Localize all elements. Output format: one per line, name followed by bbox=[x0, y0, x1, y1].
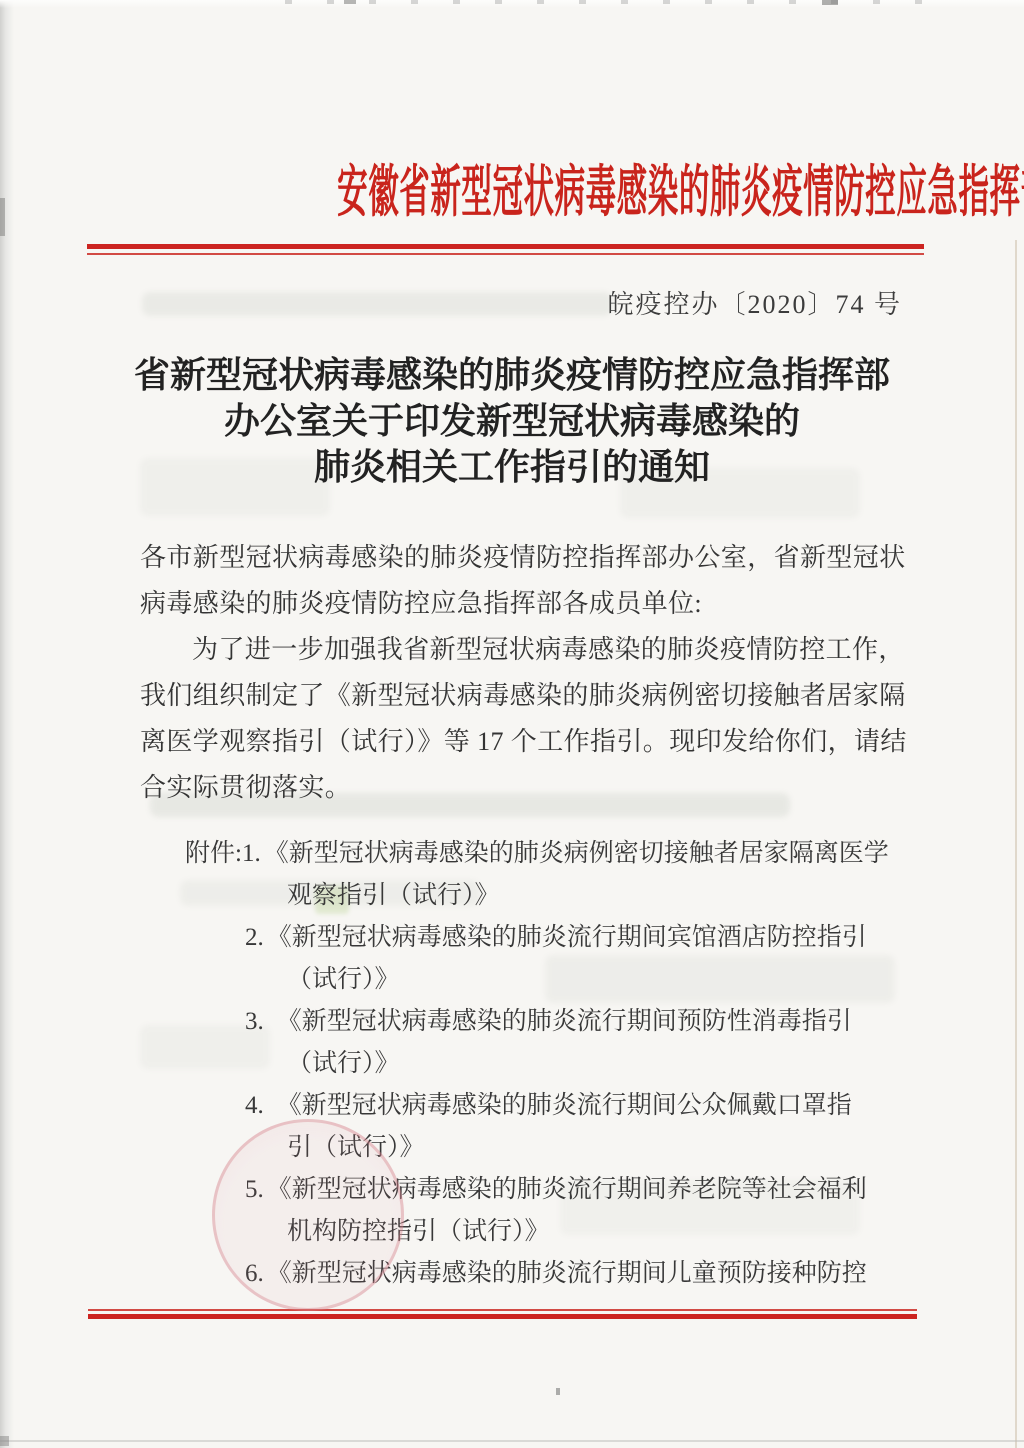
body-line: 为了进一步加强我省新型冠状病毒感染的肺炎疫情防控工作， bbox=[140, 627, 920, 673]
scanned-document-page: 安徽省新型冠状病毒感染的肺炎疫情防控应急指挥部办公室 皖疫控办〔2020〕74 … bbox=[0, 0, 1024, 1448]
title-line: 省新型冠状病毒感染的肺炎疫情防控应急指挥部 bbox=[0, 352, 1024, 398]
letterhead-rule bbox=[87, 244, 924, 255]
attachment-item: 2.《新型冠状病毒感染的肺炎流行期间宾馆酒店防控指引 bbox=[0, 917, 1024, 959]
attachment-continuation: 观察指引（试行）》 bbox=[0, 875, 1024, 917]
rule-thick-line bbox=[87, 244, 924, 249]
body-line: 合实际贯彻落实。 bbox=[140, 765, 920, 811]
footer-rule bbox=[88, 1309, 917, 1319]
paper-bottom-edge bbox=[0, 1440, 1024, 1442]
attachment-continuation: （试行）》 bbox=[0, 1043, 1024, 1085]
attachment-text: 《新型冠状病毒感染的肺炎流行期间宾馆酒店防控指引 bbox=[267, 924, 867, 951]
scan-speck bbox=[556, 1388, 560, 1395]
body-line: 离医学观察指引（试行）》等 17 个工作指引。现印发给你们，请结 bbox=[140, 719, 920, 765]
attachment-continuation: （试行）》 bbox=[0, 959, 1024, 1001]
attachments-label: 附件: bbox=[185, 840, 242, 867]
attachment-item: 附件:1.《新型冠状病毒感染的肺炎病例密切接触者居家隔离医学 bbox=[0, 833, 1024, 875]
document-title: 省新型冠状病毒感染的肺炎疫情防控应急指挥部 办公室关于印发新型冠状病毒感染的 肺… bbox=[0, 352, 1024, 490]
attachment-text: 《新型冠状病毒感染的肺炎流行期间公众佩戴口罩指 bbox=[277, 1092, 852, 1119]
scan-speck bbox=[344, 0, 356, 4]
attachment-number: 1. bbox=[242, 840, 261, 867]
scan-speck bbox=[0, 1436, 9, 1446]
document-body: 各市新型冠状病毒感染的肺炎疫情防控指挥部办公室，省新型冠状 病毒感染的肺炎疫情防… bbox=[140, 535, 920, 811]
rule-thick-line bbox=[88, 1314, 917, 1319]
attachment-continuation: 引（试行）》 bbox=[0, 1127, 1024, 1169]
attachment-continuation: 机构防控指引（试行）》 bbox=[0, 1211, 1024, 1253]
document-number: 皖疫控办〔2020〕74 号 bbox=[140, 288, 902, 322]
body-line: 我们组织制定了《新型冠状病毒感染的肺炎病例密切接触者居家隔 bbox=[140, 673, 920, 719]
rule-thin-line bbox=[87, 253, 924, 255]
attachment-item: 5.《新型冠状病毒感染的肺炎流行期间养老院等社会福利 bbox=[0, 1169, 1024, 1211]
recipients-line: 各市新型冠状病毒感染的肺炎疫情防控指挥部办公室，省新型冠状 bbox=[140, 535, 920, 581]
attachment-item: 4.《新型冠状病毒感染的肺炎流行期间公众佩戴口罩指 bbox=[0, 1085, 1024, 1127]
official-stamp-ghost bbox=[212, 1119, 404, 1311]
letterhead: 安徽省新型冠状病毒感染的肺炎疫情防控应急指挥部办公室 bbox=[0, 158, 1024, 228]
attachment-text: 《新型冠状病毒感染的肺炎流行期间预防性消毒指引 bbox=[277, 1008, 852, 1035]
recipients-line: 病毒感染的肺炎疫情防控应急指挥部各成员单位: bbox=[140, 581, 920, 627]
title-line: 肺炎相关工作指引的通知 bbox=[0, 444, 1024, 490]
attachment-text: 《新型冠状病毒感染的肺炎病例密切接触者居家隔离医学 bbox=[264, 840, 889, 867]
attachment-number: 3. bbox=[245, 1008, 264, 1035]
attachment-number: 2. bbox=[245, 924, 264, 951]
rule-thin-line bbox=[88, 1309, 917, 1311]
attachment-number: 4. bbox=[245, 1092, 264, 1119]
attachment-item: 6.《新型冠状病毒感染的肺炎流行期间儿童预防接种防控 bbox=[0, 1253, 1024, 1295]
scan-speck bbox=[822, 0, 838, 5]
attachment-item: 3.《新型冠状病毒感染的肺炎流行期间预防性消毒指引 bbox=[0, 1001, 1024, 1043]
title-line: 办公室关于印发新型冠状病毒感染的 bbox=[0, 398, 1024, 444]
attachments-list: 附件:1.《新型冠状病毒感染的肺炎病例密切接触者居家隔离医学 观察指引（试行）》… bbox=[0, 833, 1024, 1295]
issuing-org-name: 安徽省新型冠状病毒感染的肺炎疫情防控应急指挥部办公室 bbox=[337, 158, 1024, 228]
